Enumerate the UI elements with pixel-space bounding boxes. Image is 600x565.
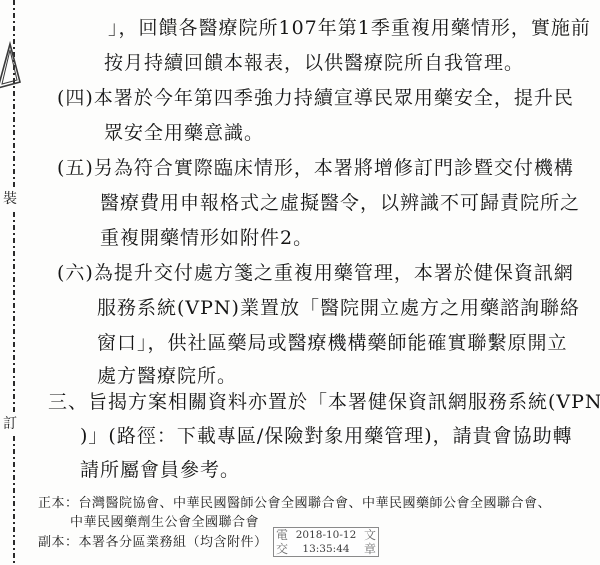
stamp-char: 文	[364, 529, 376, 541]
stamp-top-row: 電 2018-10-12 文	[276, 529, 376, 542]
body-text-line: 窗口」，供社區藥局或醫療機構藥師能確實聯繫原開立	[97, 331, 568, 355]
stamp-time: 13:35:44	[302, 544, 349, 555]
binding-margin-label: 裝	[3, 192, 17, 206]
body-text-line: 眾安全用藥意識。	[104, 121, 264, 145]
staple-margin-label: 訂	[3, 417, 17, 431]
stamp-char: 章	[364, 543, 376, 555]
stamp-date: 2018-10-12	[296, 530, 357, 541]
electronic-exchange-stamp: 電 2018-10-12 文 交 13:35:44 章	[273, 527, 379, 557]
body-text-line: 請所屬會員參考。	[80, 458, 240, 482]
body-text-line: 服務系統(VPN)業置放「醫院開立處方之用藥諮詢聯絡	[97, 296, 580, 320]
original-recipients-line: 中華民國藥劑生公會全國聯合會	[70, 515, 259, 531]
copy-recipients-line: 副本：本署各分區業務組（均含附件）	[38, 535, 268, 551]
stamp-char: 交	[276, 543, 288, 555]
original-recipients-line: 正本：台灣醫院協會、中華民國醫師公會全國聯合會、中華民國藥師公會全國聯合會、	[38, 496, 551, 512]
body-text-line: (六)為提升交付處方箋之重複用藥管理，本署於健保資訊網	[57, 261, 574, 285]
corner-scan-mark-icon	[0, 40, 26, 92]
binding-dashed-line	[13, 212, 15, 414]
body-text-line: 處方醫療院所。	[97, 364, 237, 388]
body-text-line: (四)本署於今年第四季強力持續宣導民眾用藥安全，提升民	[57, 86, 574, 110]
body-text-line: (五)另為符合實際臨床情形，本署將增修訂門診暨交付機構	[57, 156, 574, 180]
body-text-line: )」(路徑：下載專區/保險對象用藥管理)，請貴會協助轉	[80, 424, 573, 448]
stamp-char: 電	[276, 529, 288, 541]
scanned-document-page: 裝 訂 」，回饋各醫療院所107年第1季重複用藥情形，實施前 按月持續回饋本報表…	[0, 0, 600, 565]
stamp-bottom-row: 交 13:35:44 章	[276, 543, 376, 556]
binding-dashed-line	[13, 0, 15, 188]
body-text-line: 醫療費用申報格式之虛擬醫令，以辨識不可歸責院所之	[100, 191, 580, 215]
body-text-line: 重複開藥情形如附件2。	[100, 226, 313, 250]
body-text-line: 三、旨揭方案相關資料亦置於「本署健保資訊網服務系統(VPN	[48, 390, 600, 414]
body-text-line: 」，回饋各醫療院所107年第1季重複用藥情形，實施前	[108, 16, 591, 40]
body-text-line: 按月持續回饋本報表，以供醫療院所自我管理。	[104, 51, 524, 75]
binding-dashed-line	[13, 436, 15, 565]
